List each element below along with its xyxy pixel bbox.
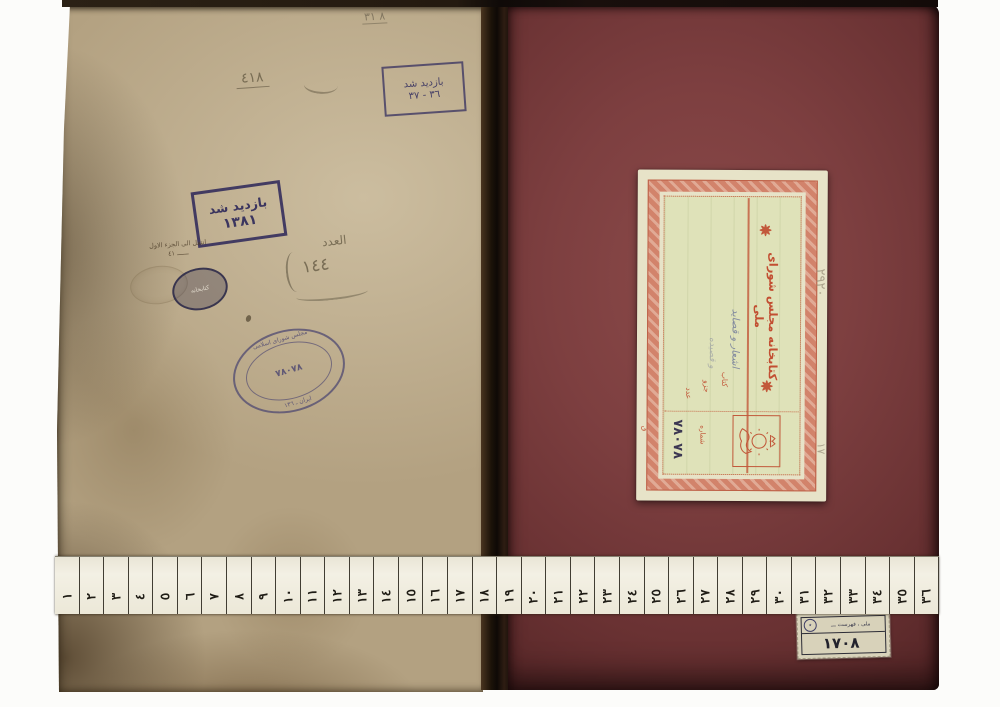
ruler-number: ٣٥	[894, 589, 909, 604]
ruler-number: ٢٢	[575, 589, 590, 604]
ruler-segment: ٣١	[792, 557, 817, 614]
book-top-edge	[62, 0, 938, 7]
bookplate-title: کتابخانه مجلس شورای ملی	[752, 245, 781, 387]
bookplate-registry-number: ٧٨٠٧٨	[670, 404, 685, 474]
ruler-segment: ٢١	[546, 557, 571, 614]
ruler-number: ٦	[182, 593, 197, 601]
ruler-number: ٢٨	[722, 589, 737, 604]
ruler-number: ٢٠	[526, 589, 541, 604]
ruler-segment: ٢٣	[595, 557, 620, 614]
ruler-segment: ٢٦	[669, 557, 694, 614]
ruler-segment: ٢٠	[522, 557, 547, 614]
ruler-segment: ٤	[129, 557, 154, 614]
lion-and-sun-emblem-icon	[732, 415, 780, 467]
shelf-number: ١٧٠٨	[802, 632, 885, 654]
ruler-segment: ٨	[227, 557, 252, 614]
ruler-segment: ١٥	[399, 557, 424, 614]
ruler-number: ٣١	[796, 589, 811, 604]
ruler-number: ٢	[84, 593, 99, 601]
ruler-segment: ٦	[178, 557, 203, 614]
small-oval-stamp-text: کتابخانه	[190, 284, 210, 295]
bookplate-field-label: عدد	[684, 378, 693, 408]
ruler-number: ٢١	[551, 589, 566, 604]
ruler-segment: ٢٩	[743, 557, 768, 614]
pencil-number-418: ٤١٨	[235, 69, 269, 89]
ruler-number: ١١	[305, 589, 320, 604]
rosette-icon	[758, 222, 774, 238]
ruler-segment: ٧	[202, 557, 227, 614]
ruler-number: ١٣	[354, 589, 369, 604]
ruler-number: ١٤	[379, 589, 394, 604]
ruler-number: ٢٣	[600, 589, 615, 604]
ruler-segment: ٢٧	[694, 557, 719, 614]
ruler-segment: ٣٢	[816, 557, 841, 614]
stamp-year: ١٣٨١	[222, 212, 258, 233]
ruler-segment: ١٠	[276, 557, 301, 614]
ruler-segment: ١٦	[423, 557, 448, 614]
pencil-number-on-cover: ٢٩٢٠	[813, 253, 828, 313]
measuring-ruler: ١٢٣٤٥٦٧٨٩١٠١١١٢١٣١٤١٥١٦١٧١٨١٩٢٠٢١٢٢٢٣٢٤٢…	[55, 556, 939, 614]
ruler-number: ٢٧	[698, 589, 713, 604]
ruler-segment: ١٨	[473, 557, 498, 614]
manuscript-scan: ٨ ٣١ ٤١٨ بازدید شد ٣٦ - ٣٧ بازدید شد ١٣٨…	[0, 0, 1000, 707]
ruler-number: ٣٤	[870, 589, 885, 604]
ruler-number: ٣٠	[772, 589, 787, 604]
ruler-segment: ٢٥	[645, 557, 670, 614]
ruler-segment: ١٣	[350, 557, 375, 614]
bookplate-handwriting: اشعار و قصاید	[729, 273, 741, 403]
pencil-top-text: ٨ ٣١	[362, 9, 388, 24]
ruler-segment: ٣٤	[866, 557, 891, 614]
ruler-number: ١	[59, 593, 74, 601]
ruler-segment: ٢	[80, 557, 105, 614]
ruler-number: ٤	[133, 593, 148, 601]
ruler-segment: ٢٤	[620, 557, 645, 614]
pencil-mark-on-cover: ١٧	[815, 434, 828, 464]
ruler-segment: ١٧	[448, 557, 473, 614]
pencil-annotation-top: ٨ ٣١	[362, 9, 388, 23]
round-stamp-icon: ٭	[804, 619, 817, 632]
ruler-segment: ١٤	[374, 557, 399, 614]
ruler-number: ١٠	[280, 589, 295, 604]
ruler-number: ١٥	[403, 589, 418, 604]
bookplate-field-label: کتاب	[720, 364, 729, 394]
ruler-segment: ٣٦	[915, 557, 940, 614]
bookplate-small-field: شماره	[698, 410, 706, 460]
ruler-segment: ١٩	[497, 557, 522, 614]
shelf-label-info: ملی ، فهرست ـــ	[819, 620, 883, 628]
ruler-number: ١٦	[428, 589, 443, 604]
ruler-number: ٣	[108, 593, 123, 601]
inspection-stamp-36-37: بازدید شد ٣٦ - ٣٧	[381, 61, 466, 117]
ruler-number: ١٢	[329, 589, 344, 604]
ruler-number: ٣٦	[919, 589, 934, 604]
ruler-number: ٢٥	[649, 589, 664, 604]
ruler-segment: ٣	[104, 557, 129, 614]
ruler-segment: ١٢	[325, 557, 350, 614]
bookplate-field-label: جزو	[702, 371, 711, 401]
ruler-segment: ٩	[252, 557, 277, 614]
shelf-label-frame: ٭ ملی ، فهرست ـــ ١٧٠٨	[801, 615, 887, 655]
ruler-number: ١٧	[452, 589, 467, 604]
ruler-number: ٢٤	[624, 589, 639, 604]
ruler-number: ٥	[158, 593, 173, 601]
shelf-number-label: ٭ ملی ، فهرست ـــ ١٧٠٨	[796, 611, 890, 659]
ruler-segment: ٥	[153, 557, 178, 614]
oval-stamp-number: ٧٨٠٧٨	[235, 351, 343, 391]
bookplate-corner-mark: ق	[640, 422, 648, 436]
ruler-segment: ٢٢	[571, 557, 596, 614]
stamp-years: ٣٦ - ٣٧	[408, 88, 440, 101]
ruler-segment: ٢٨	[718, 557, 743, 614]
ruler-number: ١٨	[477, 589, 492, 604]
ruler-segment: ٣٥	[890, 557, 915, 614]
library-bookplate: کتابخانه مجلس شورای ملی اشعار و قصاید و …	[636, 170, 828, 502]
ruler-number: ١٩	[501, 589, 516, 604]
ruler-number: ٢٩	[747, 589, 762, 604]
ruler-number: ٩	[256, 593, 271, 601]
ruler-number: ٣٢	[821, 589, 836, 604]
ruler-number: ٢٦	[673, 589, 688, 604]
ruler-number: ٨	[231, 593, 246, 601]
ruler-segment: ١١	[301, 557, 326, 614]
ruler-segment: ٣٠	[767, 557, 792, 614]
ruler-segment: ٣٣	[841, 557, 866, 614]
ruler-number: ٧	[207, 593, 222, 601]
pencil-value: ١٤٤	[301, 254, 331, 278]
pencil-word: العدد	[321, 233, 347, 249]
ruler-segment: ١	[55, 557, 80, 614]
ruler-number: ٣٣	[845, 589, 860, 604]
